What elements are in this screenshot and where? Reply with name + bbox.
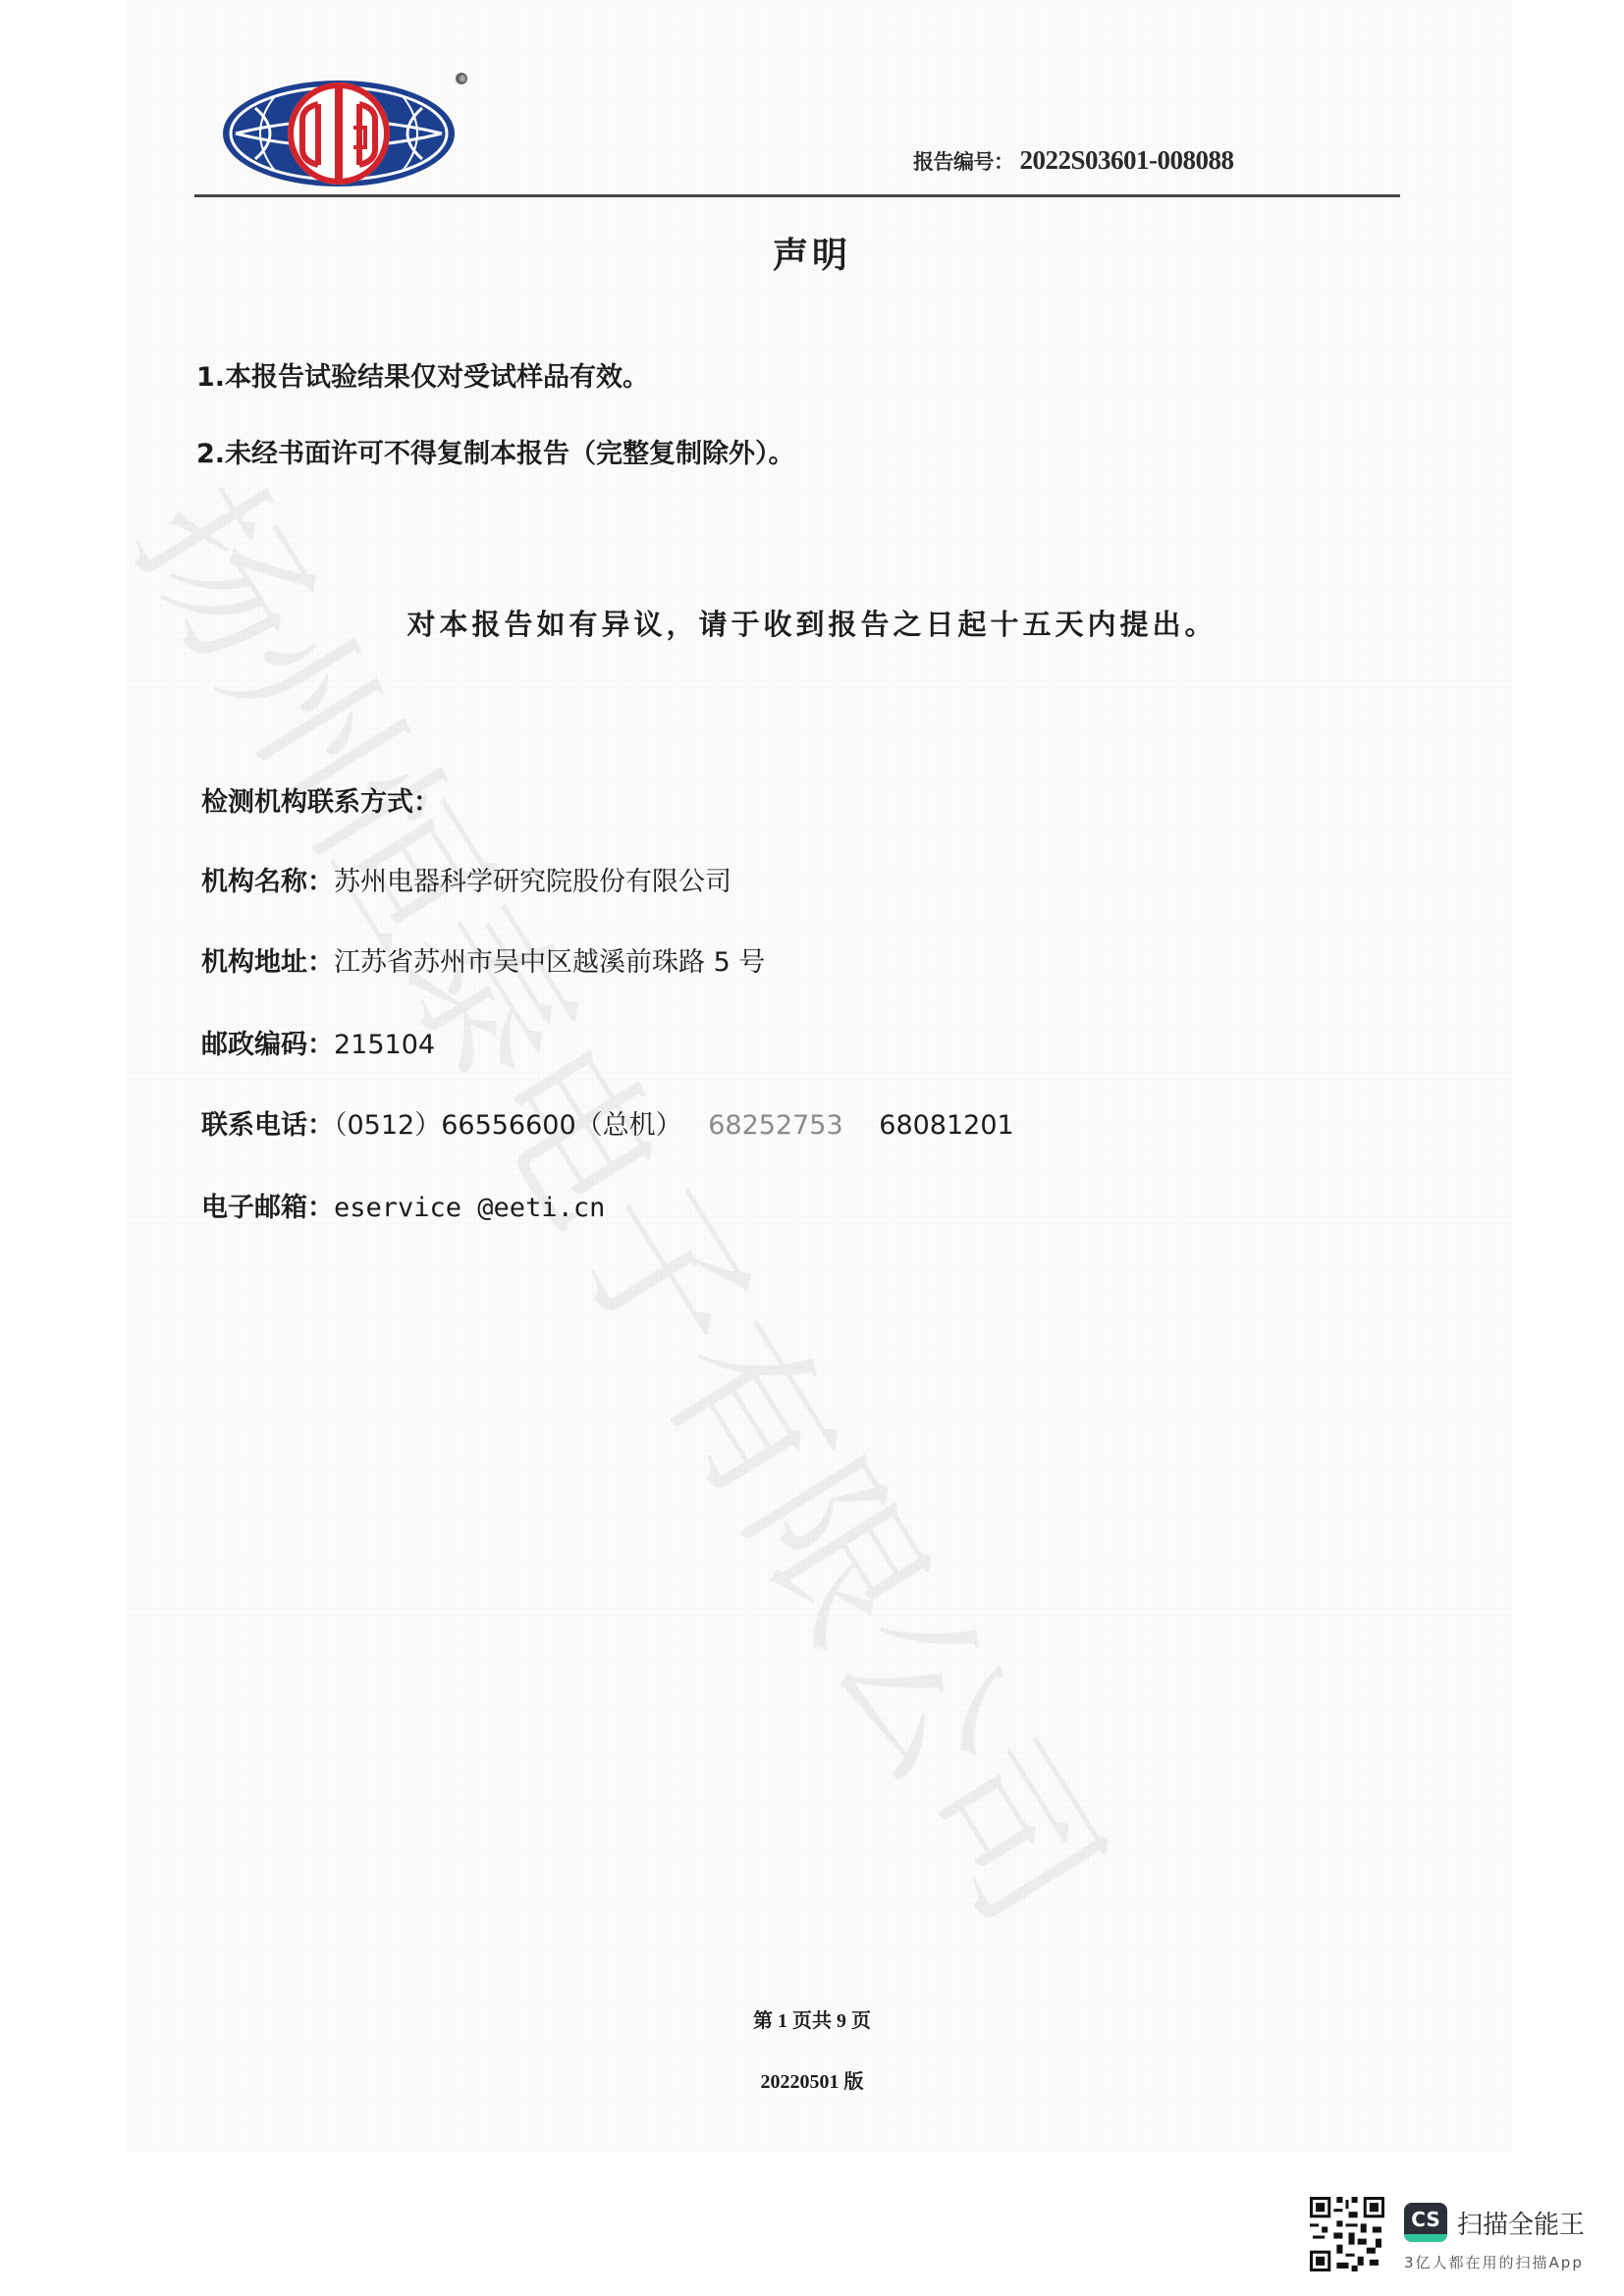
header-divider (194, 194, 1400, 197)
camscanner-logo-icon: CS (1404, 2203, 1447, 2242)
version-label: 20220501 版 (0, 2065, 1624, 2094)
report-number-value: 2022S03601-008088 (1020, 145, 1234, 175)
contact-address-value: 江苏省苏州市吴中区越溪前珠路 5 号 (334, 947, 765, 978)
contact-heading: 检测机构联系方式： (201, 780, 440, 819)
contact-phone-row: 联系电话：（0512）66556600（总机） 68252753 6808120… (201, 1103, 1014, 1142)
qr-code-icon (1310, 2197, 1384, 2271)
contact-phone-extra-2: 68081201 (879, 1110, 1013, 1141)
statement-2: 2.未经书面许可不得复制本报告（完整复制除外）。 (196, 432, 795, 470)
page-title: 声明 (0, 228, 1624, 278)
contact-postcode-row: 邮政编码：215104 (201, 1023, 435, 1061)
contact-phone-label: 联系电话： (201, 1110, 334, 1141)
contact-email-value: eservice @eeti.cn (334, 1193, 605, 1223)
scanner-app-name: 扫描全能王 (1457, 2205, 1585, 2241)
contact-postcode-value: 215104 (334, 1030, 435, 1060)
contact-name-value: 苏州电器科学研究院股份有限公司 (334, 867, 731, 897)
scanned-page (126, 0, 1512, 2152)
contact-address-row: 机构地址：江苏省苏州市吴中区越溪前珠路 5 号 (201, 940, 765, 979)
contact-email-label: 电子邮箱： (201, 1193, 334, 1223)
page-number: 第 1 页共 9 页 (0, 2004, 1624, 2033)
scanner-badge: CS 扫描全能王 3亿人都在用的扫描App (1310, 2197, 1604, 2275)
contact-name-label: 机构名称： (201, 867, 334, 897)
report-number-label: 报告编号： (913, 150, 1014, 174)
contact-name-row: 机构名称：苏州电器科学研究院股份有限公司 (201, 860, 731, 898)
statement-1: 1.本报告试验结果仅对受试样品有效。 (196, 355, 649, 394)
contact-address-label: 机构地址： (201, 947, 334, 978)
report-number: 报告编号：2022S03601-008088 (913, 145, 1234, 176)
scanner-slogan: 3亿人都在用的扫描App (1404, 2252, 1584, 2272)
globe-emblem-icon: ® (216, 69, 471, 191)
institute-logo: ® (216, 69, 471, 191)
contact-postcode-label: 邮政编码： (201, 1030, 334, 1060)
contact-phone-extra-1: 68252753 (708, 1110, 842, 1141)
contact-email-row: 电子邮箱：eservice @eeti.cn (201, 1186, 605, 1224)
svg-text:®: ® (459, 75, 466, 83)
contact-phone-main: （0512）66556600（总机） (334, 1110, 682, 1141)
objection-notice: 对本报告如有异议，请于收到报告之日起十五天内提出。 (0, 603, 1624, 643)
